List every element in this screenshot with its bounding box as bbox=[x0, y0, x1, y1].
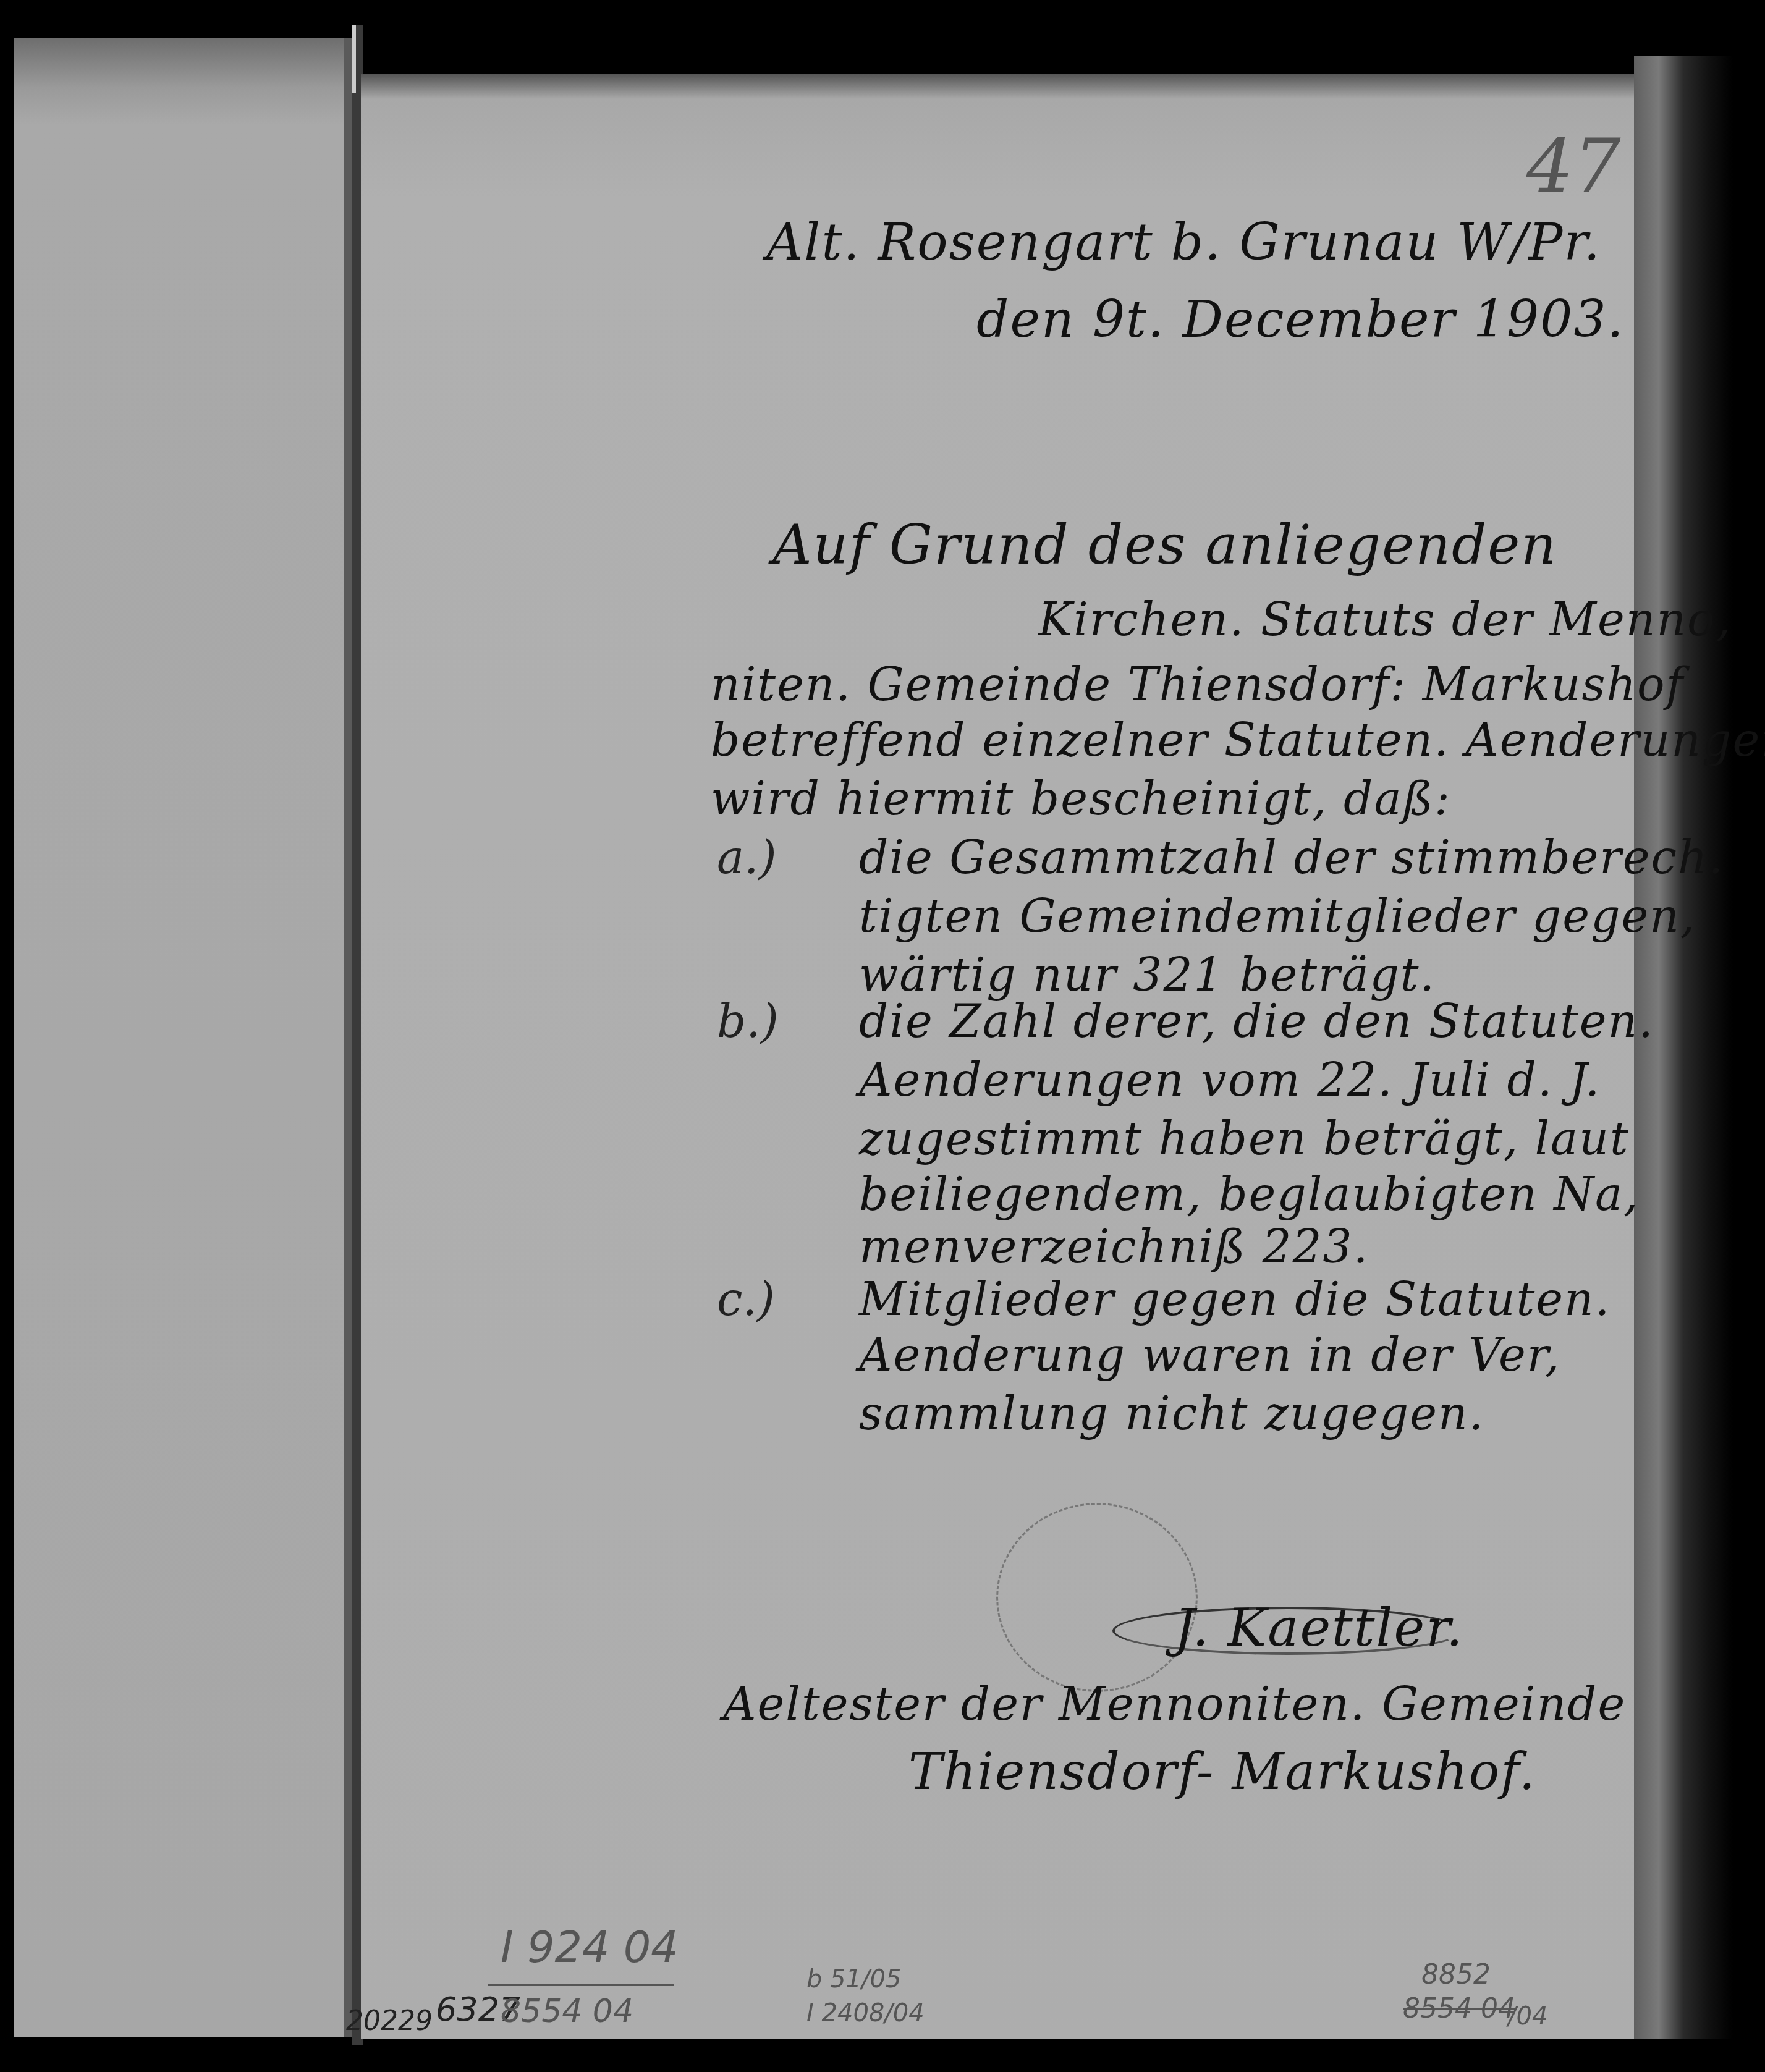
item-b-line: zugestimmt haben beträgt, laut bbox=[859, 1112, 1630, 1165]
item-c-line: Mitglieder gegen die Statuten. bbox=[859, 1273, 1611, 1326]
fraction-bar bbox=[488, 1984, 674, 1986]
archive-mark-2-top: b 51/05 bbox=[806, 1965, 901, 1994]
page-fold bbox=[344, 38, 352, 2037]
header-place: Alt. Rosengart b. Grunau W/Pr. bbox=[766, 213, 1601, 272]
item-marker-c: c.) bbox=[717, 1273, 775, 1326]
archive-mark-1-top: I 924 04 bbox=[501, 1922, 679, 1973]
signature-name: J. Kaettler. bbox=[1174, 1597, 1464, 1658]
official-seal-stamp bbox=[996, 1503, 1198, 1692]
item-a-line: wärtig nur 321 beträgt. bbox=[859, 949, 1436, 1002]
item-c-line: sammlung nicht zugegen. bbox=[859, 1387, 1484, 1440]
item-b-line: Aenderungen vom 22. Juli d. J. bbox=[859, 1054, 1601, 1107]
intro-line: Auf Grund des anliegenden bbox=[772, 513, 1557, 577]
binding-strip bbox=[352, 25, 356, 93]
item-b-line: beiliegendem, beglaubigten Na, bbox=[859, 1168, 1640, 1221]
item-marker-a: a.) bbox=[717, 831, 777, 884]
item-marker-b: b.) bbox=[717, 995, 779, 1048]
header-date: den 9t. December 1903. bbox=[976, 290, 1625, 349]
archive-mark-3-top: 8852 bbox=[1421, 1959, 1491, 1990]
item-c-line: Aenderung waren in der Ver, bbox=[859, 1329, 1561, 1382]
archive-mark-3-suffix: /04 bbox=[1508, 2002, 1547, 2031]
item-b-line: menverzeichniß 223. bbox=[859, 1220, 1369, 1274]
archive-number-left: 20229 bbox=[346, 2005, 433, 2037]
archive-mark-3-struck: 8554 04 bbox=[1403, 1993, 1515, 2024]
item-a-line: tigten Gemeindemitglieder gegen, bbox=[859, 890, 1696, 943]
folio-number: 47 bbox=[1526, 124, 1621, 209]
intro-line: Kirchen. Statuts der Menno, bbox=[1038, 593, 1732, 646]
item-b-line: die Zahl derer, die den Statuten. bbox=[859, 995, 1654, 1048]
item-a-line: die Gesammtzahl der stimmberech. bbox=[859, 831, 1724, 884]
archive-mark-1-bottom: 8554 04 bbox=[501, 1993, 633, 2030]
intro-line: betreffend einzelner Statuten. Aenderung… bbox=[711, 714, 1765, 767]
intro-line: niten. Gemeinde Thiensdorf: Markushof bbox=[711, 658, 1684, 711]
signature-title-line: Aeltester der Mennoniten. Gemeinde bbox=[723, 1678, 1626, 1731]
intro-line: wird hiermit bescheinigt, daß: bbox=[711, 772, 1451, 826]
signature-title-line: Thiensdorf- Markushof. bbox=[908, 1743, 1536, 1801]
archive-mark-2-bottom: I 2408/04 bbox=[806, 1999, 925, 2028]
left-page-leaf bbox=[14, 38, 352, 2037]
